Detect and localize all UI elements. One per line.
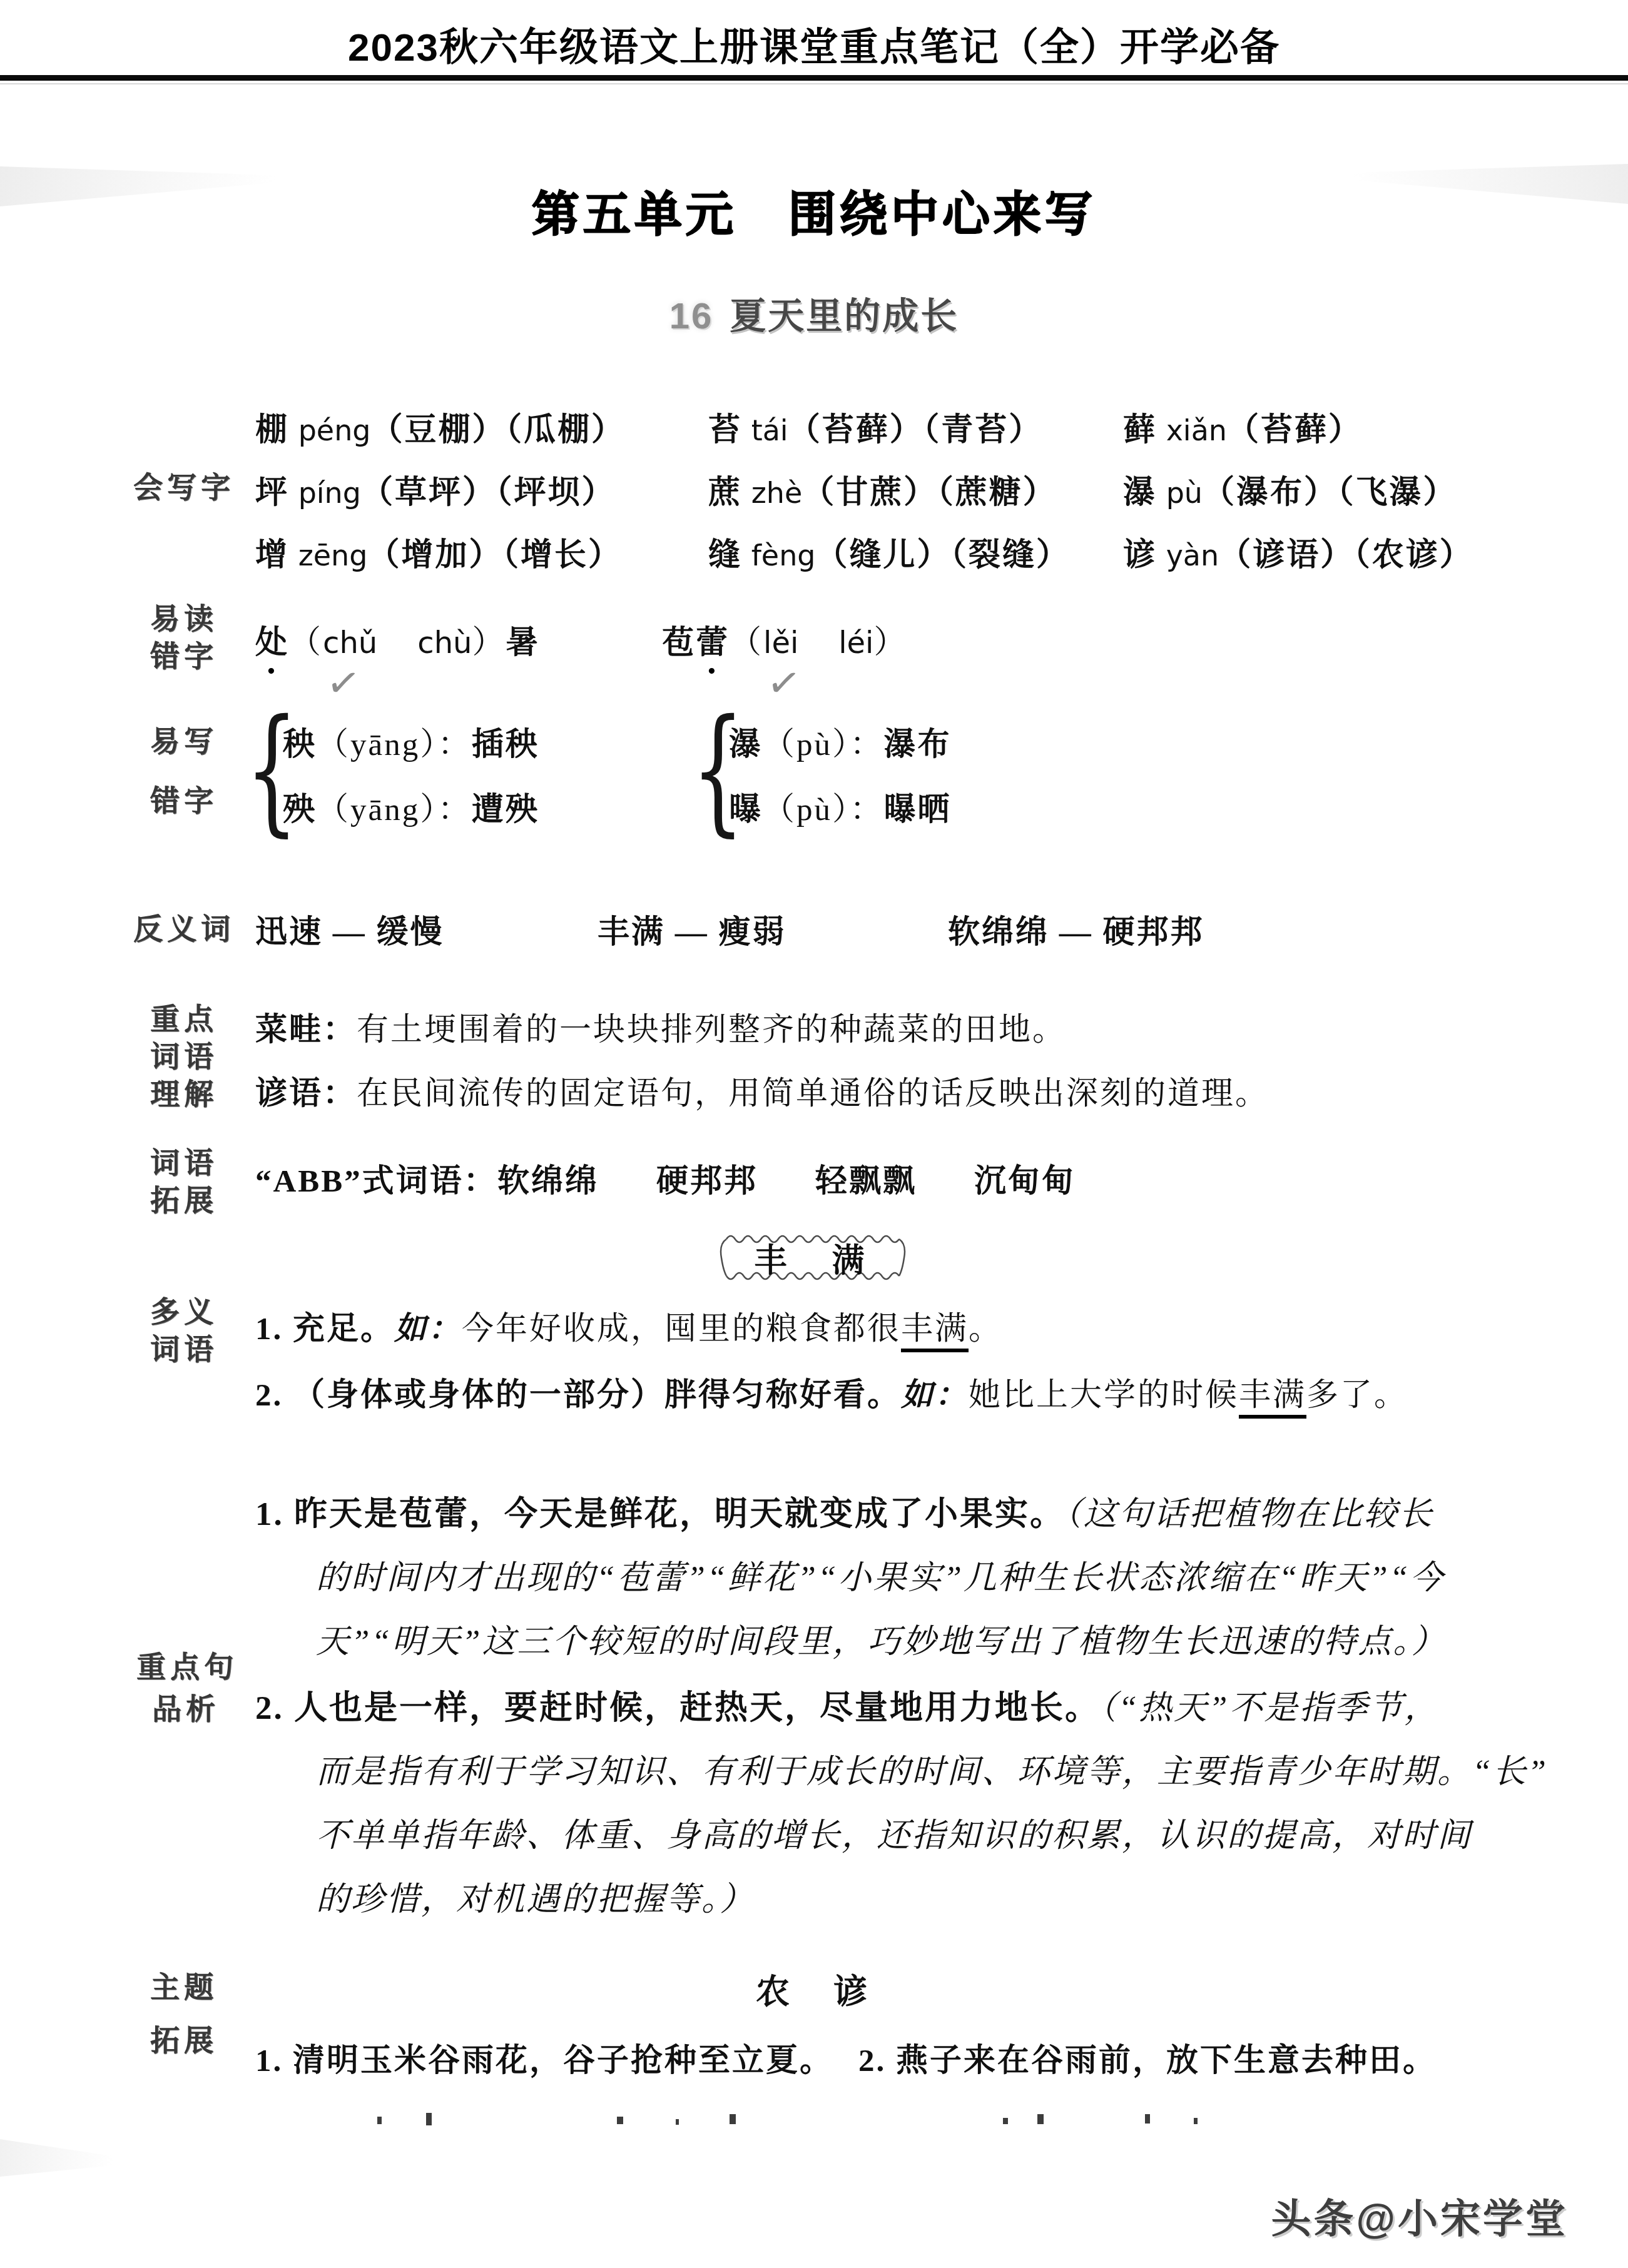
yixie-group1-line2: 殃（yāng）：遭殃 bbox=[283, 783, 539, 829]
antonym-pair: 软绵绵 — 硬邦邦 bbox=[948, 906, 1204, 952]
abb-words-line: “ABB”式词语：软绵绵硬邦邦轻飘飘沉甸甸 bbox=[255, 1155, 1076, 1201]
word-definition: 菜畦：有土埂围着的一块块排列整齐的种蔬菜的田地。 bbox=[255, 1003, 1066, 1050]
huixiezi-entry: 增 zēng（增加）（增长） bbox=[255, 529, 622, 575]
yixie-group2-line2: 曝（pù）：曝晒 bbox=[729, 783, 952, 829]
huixiezi-entry: 苔 tái（苔藓）（青苔） bbox=[708, 403, 1042, 450]
lesson-name: 夏天里的成长 bbox=[730, 296, 959, 337]
page-cutoff-mark bbox=[676, 2119, 679, 2125]
section-label-zhongdianciyu-line3: 理解 bbox=[150, 1071, 218, 1113]
huixiezi-entry: 藓 xiǎn（苔藓） bbox=[1123, 403, 1362, 450]
section-label-yixie-line1: 易写 bbox=[150, 718, 218, 760]
key-sentence-line: 天”“明天”这三个较短的时间段里，巧妙地写出了植物生长迅速的特点。） bbox=[316, 1615, 1447, 1663]
huixiezi-entry: 坪 píng（草坪）（坪坝） bbox=[255, 466, 616, 512]
huixiezi-entry: 谚 yàn（谚语）（农谚） bbox=[1123, 529, 1473, 575]
page-cutoff-mark bbox=[1145, 2114, 1150, 2124]
huixiezi-entry: 棚 péng（豆棚）（瓜棚） bbox=[255, 403, 625, 450]
antonym-pair: 迅速 — 缓慢 bbox=[255, 906, 444, 952]
ru-example-marker: 如： bbox=[901, 1378, 969, 1413]
yidu-item-chu: 处•（chǔ✓chù）暑 bbox=[255, 616, 540, 662]
ru-example-marker: 如： bbox=[394, 1312, 462, 1347]
yidu-item-baolei: 苞蕾•（lěi✓léi） bbox=[662, 616, 907, 662]
correct-check-icon: ✓ bbox=[764, 659, 803, 709]
key-sentence-line: 2. 人也是一样，要赶时候，赶热天，尽量地用力地长。（“热天”不是指季节， bbox=[255, 1681, 1439, 1729]
page-cutoff-mark bbox=[1037, 2114, 1044, 2124]
word-definition: 谚语：在民间流传的固定语句，用简单通俗的话反映出深刻的道理。 bbox=[255, 1067, 1269, 1113]
section-label-duoyi-line1: 多义 bbox=[150, 1288, 218, 1330]
highlight-box-fengman: 丰 满 bbox=[718, 1231, 907, 1283]
section-label-fanyici: 反义词 bbox=[133, 906, 235, 948]
section-label-zhongdianciyu-line2: 词语 bbox=[150, 1033, 218, 1075]
section-label-yixie-line2: 错字 bbox=[150, 777, 218, 819]
underlined-word: 丰满 bbox=[1239, 1378, 1306, 1419]
proverb-title: 农 谚 bbox=[0, 1965, 1628, 2013]
section-label-duoyi-line2: 词语 bbox=[150, 1326, 218, 1368]
lesson-title: 16夏天里的成长 bbox=[0, 286, 1628, 339]
antonym-pair: 丰满 — 瘦弱 bbox=[598, 906, 786, 952]
section-label-zhongdianju-line1: 重点句 bbox=[136, 1644, 238, 1686]
proverb-line: 1. 清明玉米谷雨花，谷子抢种至立夏。2. 燕子来在谷雨前，放下生意去种田。 bbox=[255, 2034, 1437, 2080]
huixiezi-entry: 瀑 pù（瀑布）（飞瀑） bbox=[1123, 466, 1457, 512]
section-label-ciyutuozhan-line1: 词语 bbox=[150, 1140, 218, 1182]
polysemy-item: 2. （身体或身体的一部分）胖得匀称好看。如：她比上大学的时候丰满多了。 bbox=[255, 1369, 1408, 1415]
section-label-zhongdianciyu-line1: 重点 bbox=[150, 996, 218, 1038]
section-label-yidu-line2: 错字 bbox=[150, 633, 218, 675]
section-label-zhongdianju-line2: 品析 bbox=[152, 1686, 220, 1728]
key-sentence-line: 不单单指年龄、体重、身高的增长，还指知识的积累，认识的提高，对时间 bbox=[316, 1809, 1472, 1856]
yixie-group2-line1: 瀑（pù）：瀑布 bbox=[729, 718, 952, 764]
key-sentence-line: 1. 昨天是苞蕾，今天是鲜花，明天就变成了小果实。（这句话把植物在比较长 bbox=[255, 1487, 1434, 1535]
correct-check-icon: ✓ bbox=[323, 659, 363, 709]
section-label-yidu-line1: 易读 bbox=[150, 595, 218, 637]
unit-title: 第五单元 围绕中心来写 bbox=[0, 176, 1628, 245]
document-title: 2023秋六年级语文上册课堂重点笔记（全）开学必备 bbox=[0, 16, 1628, 72]
key-sentence-line: 而是指有利于学习知识、有利于成长的时间、环境等，主要指青少年时期。“长” bbox=[316, 1745, 1548, 1793]
page-cutoff-mark bbox=[1003, 2118, 1008, 2124]
polysemy-word: 丰 满 bbox=[718, 1231, 907, 1283]
header-divider bbox=[0, 75, 1628, 81]
section-label-ciyutuozhan-line2: 拓展 bbox=[150, 1177, 218, 1219]
key-sentence-line: 的时间内才出现的“苞蕾”“鲜花”“小果实”几种生长状态浓缩在“昨天”“今 bbox=[316, 1551, 1445, 1599]
yixie-group1-line1: 秧（yāng）：插秧 bbox=[283, 718, 539, 764]
document-page: 2023秋六年级语文上册课堂重点笔记（全）开学必备 第五单元 围绕中心来写 16… bbox=[0, 0, 1628, 2268]
key-sentence-line: 的珍惜，对机遇的把握等。） bbox=[316, 1873, 755, 1920]
watermark: 头条@小宋学堂 bbox=[1271, 2187, 1568, 2244]
lesson-number: 16 bbox=[669, 296, 714, 337]
polysemy-item: 1. 充足。如：今年好收成，囤里的粮食都很丰满。 bbox=[255, 1302, 1002, 1349]
huixiezi-entry: 缝 fèng（缝儿）（裂缝） bbox=[708, 529, 1070, 575]
underlined-word: 丰满 bbox=[901, 1312, 969, 1352]
header-divider-shadow bbox=[0, 83, 1628, 84]
emphasis-dot-icon: • bbox=[268, 660, 277, 684]
page-cutoff-mark bbox=[1194, 2118, 1198, 2124]
section-label-zhuti-line2: 拓展 bbox=[150, 2017, 218, 2059]
page-cutoff-mark bbox=[426, 2113, 432, 2125]
emphasis-dot-icon: • bbox=[708, 660, 718, 684]
page-cutoff-mark bbox=[377, 2117, 382, 2124]
section-label-huixiezi: 会写字 bbox=[133, 464, 235, 506]
page-cutoff-mark bbox=[617, 2117, 623, 2124]
page-cutoff-mark bbox=[730, 2114, 736, 2124]
page-curl-artifact-bottom bbox=[0, 2139, 150, 2177]
huixiezi-entry: 蔗 zhè（甘蔗）（蔗糖） bbox=[708, 466, 1057, 512]
